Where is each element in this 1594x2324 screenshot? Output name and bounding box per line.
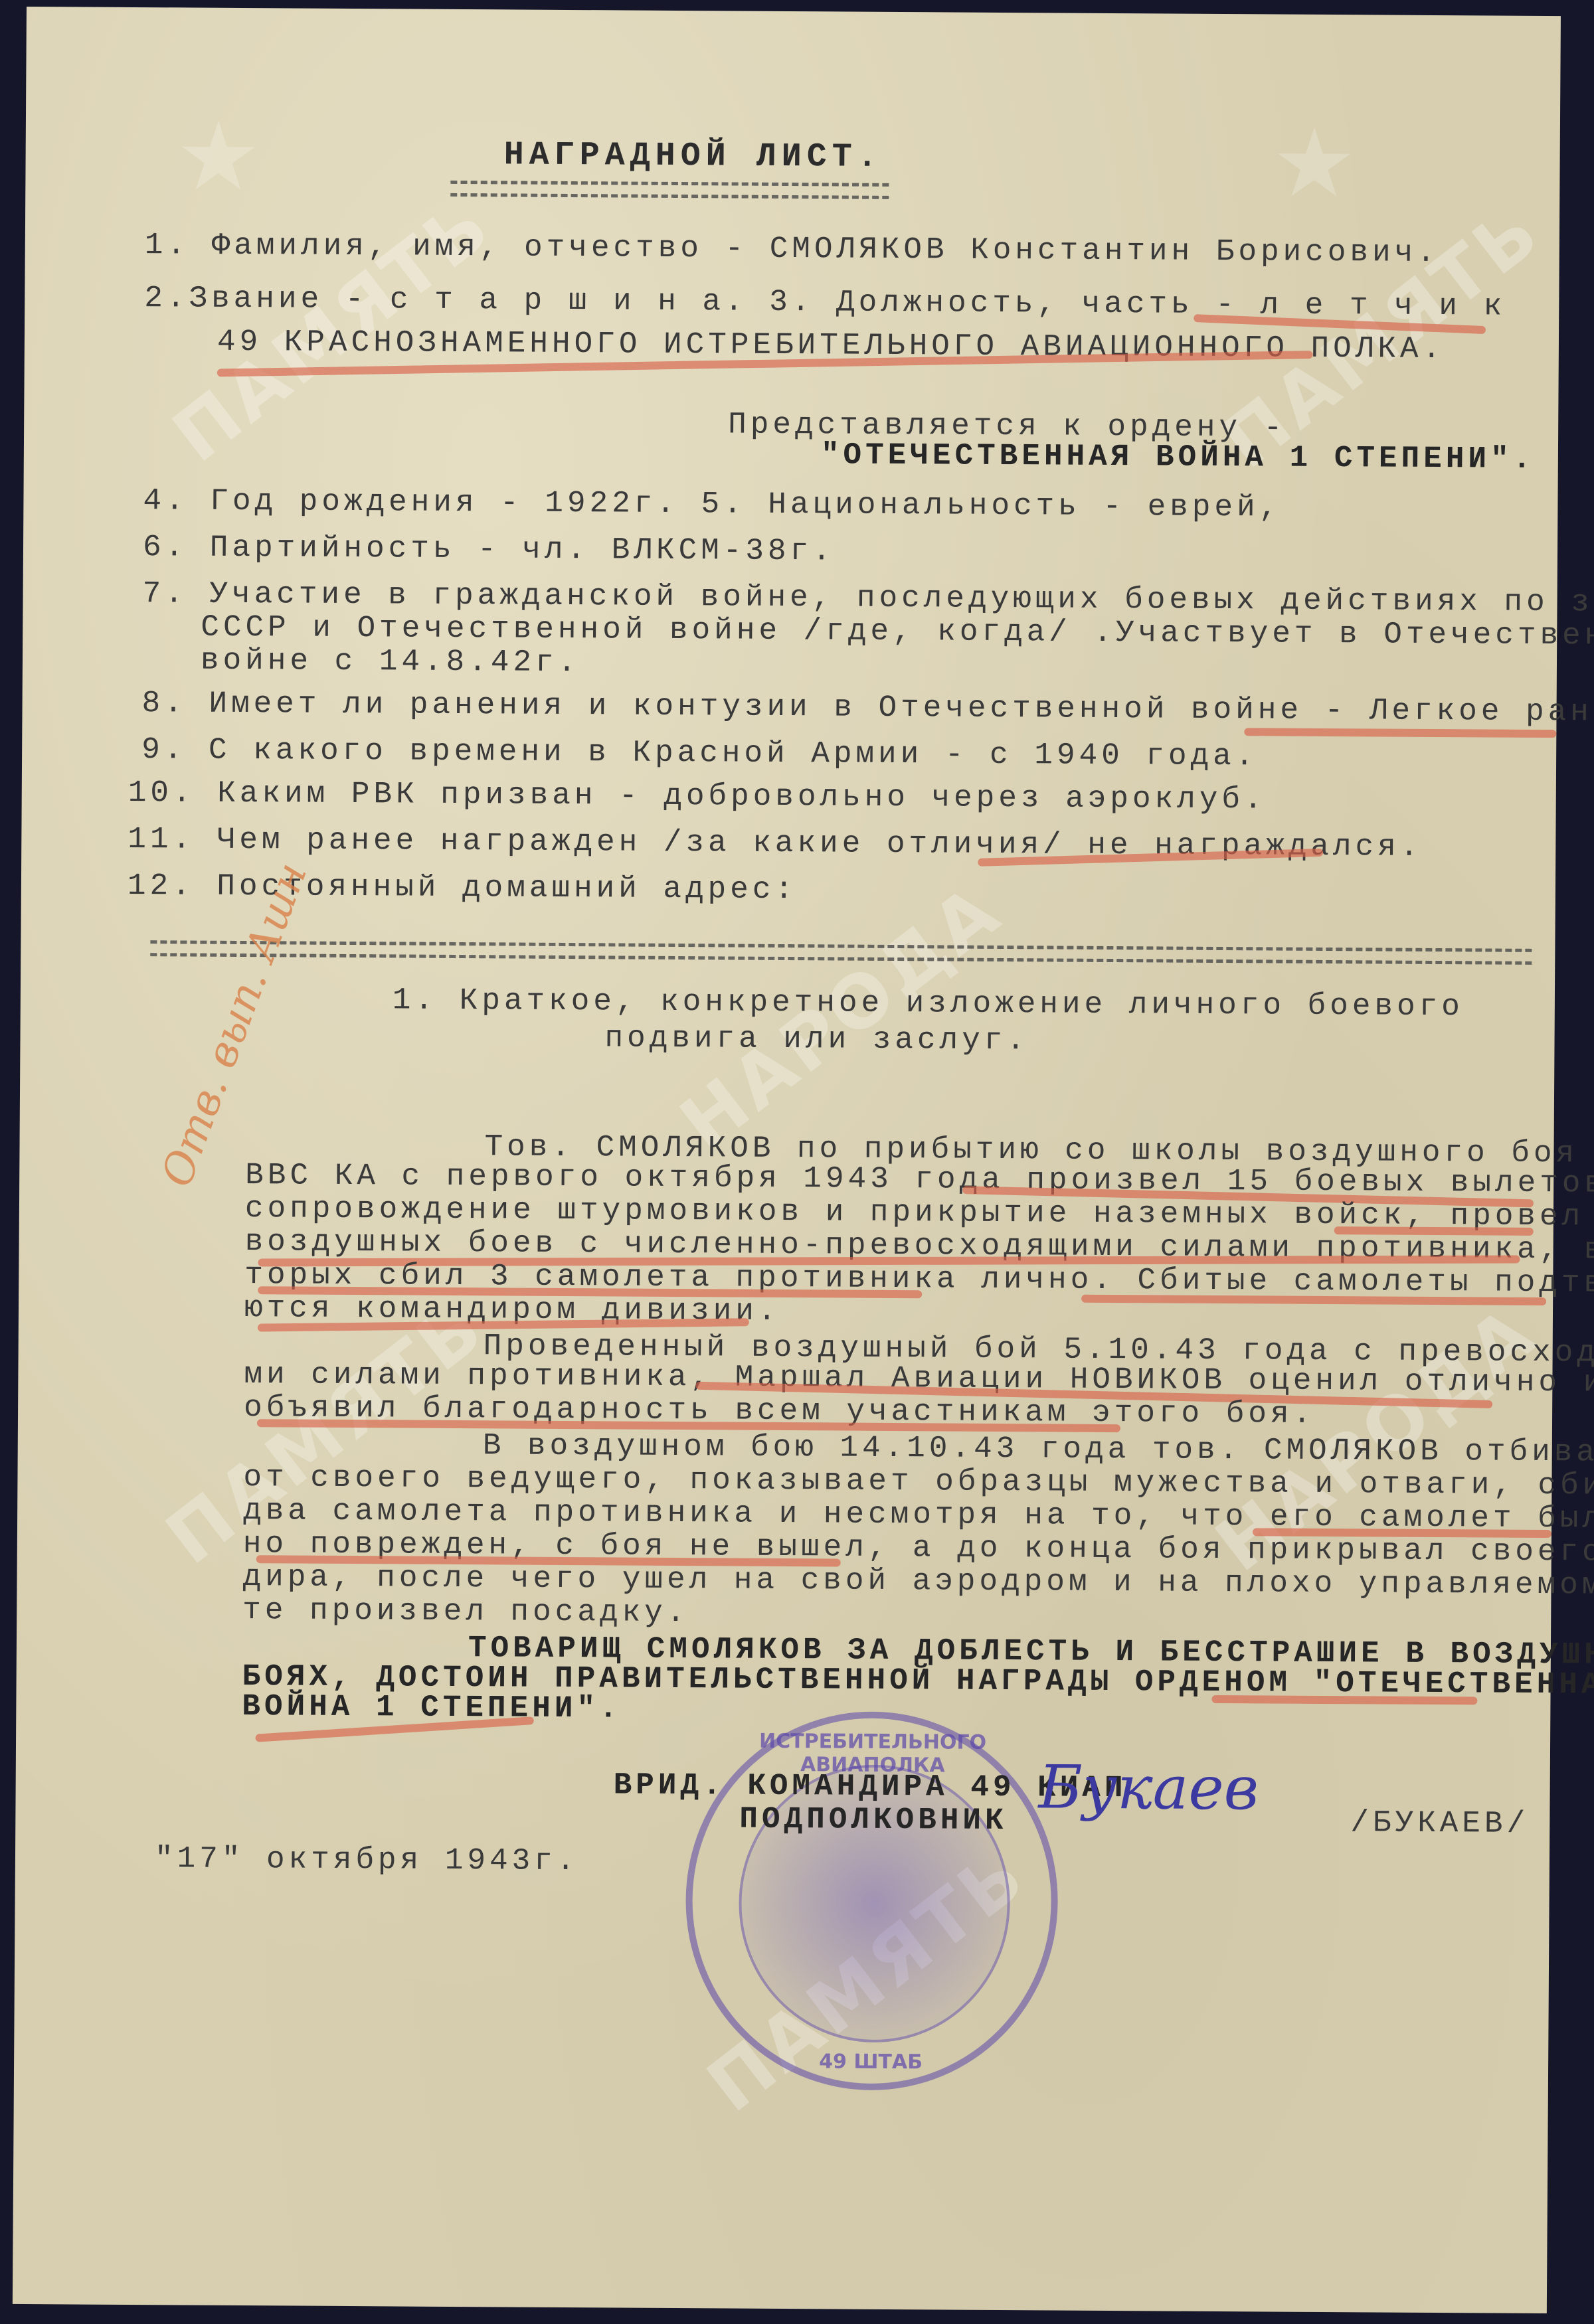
field-8: 8. Имеет ли ранения и контузии в Отечест… [141,688,1594,728]
official-stamp: ИСТРЕБИТЕЛЬНОГО АВИАПОЛКА 49 ШТАБ [685,1710,1059,2091]
field-4-5: 4. Год рождения - 1922г. 5. Национальнос… [143,485,1281,523]
margin-handwritten-note: Отв. вып. Ашн [152,857,317,1193]
star-watermark-icon: ★ [178,67,259,231]
star-watermark-icon: ★ [1274,74,1355,238]
field-6: 6. Партийность - чл. ВЛКСМ-38г. [143,532,835,566]
section-heading: 1. Краткое, конкретное изложение личного… [393,985,1464,1022]
document-page: ПАМЯТЬ ПАМЯТЬ НАРОДА ПАМЯТЬ НАРОДА ПАМЯТ… [13,7,1561,2313]
field-1: 1. Фамилия, имя, отчество - СМОЛЯКОВ Кон… [145,230,1439,268]
signatory-rank: ПОДПОЛКОВНИК [739,1804,1008,1836]
title-underline [450,181,889,199]
section-heading-cont: подвига или заслуг. [604,1023,1029,1056]
field-10: 10. Каким РВК призван - добровольно чере… [128,778,1267,815]
field-9: 9. С какого времени в Красной Армии - с … [141,734,1257,772]
field-7-cont: войне с 14.8.42г. [201,645,580,678]
body-line: те произвел посадку. [242,1595,689,1628]
nomination-line1: Представляется к ордену - [728,409,1286,443]
field-2-3: 2.Звание - с т а р ш и н а. 3. Должность… [144,283,1506,322]
body-conclusion: ВОЙНА 1 СТЕПЕНИ". [242,1691,622,1724]
field-12: 12. Постоянный домашний адрес: [128,871,797,905]
document-date: "17" октября 1943г. [155,1843,579,1876]
document-title: НАГРАДНОЙ ЛИСТ. [503,139,882,174]
handwritten-signature: Букаев [1038,1752,1259,1823]
red-underline [1244,728,1556,738]
red-underline [1211,1695,1477,1704]
signatory-name: /БУКАЕВ/ [1350,1807,1529,1839]
nomination-order: "ОТЕЧЕСТВЕННАЯ ВОЙНА 1 СТЕПЕНИ". [821,440,1536,475]
section-separator [150,940,1532,965]
